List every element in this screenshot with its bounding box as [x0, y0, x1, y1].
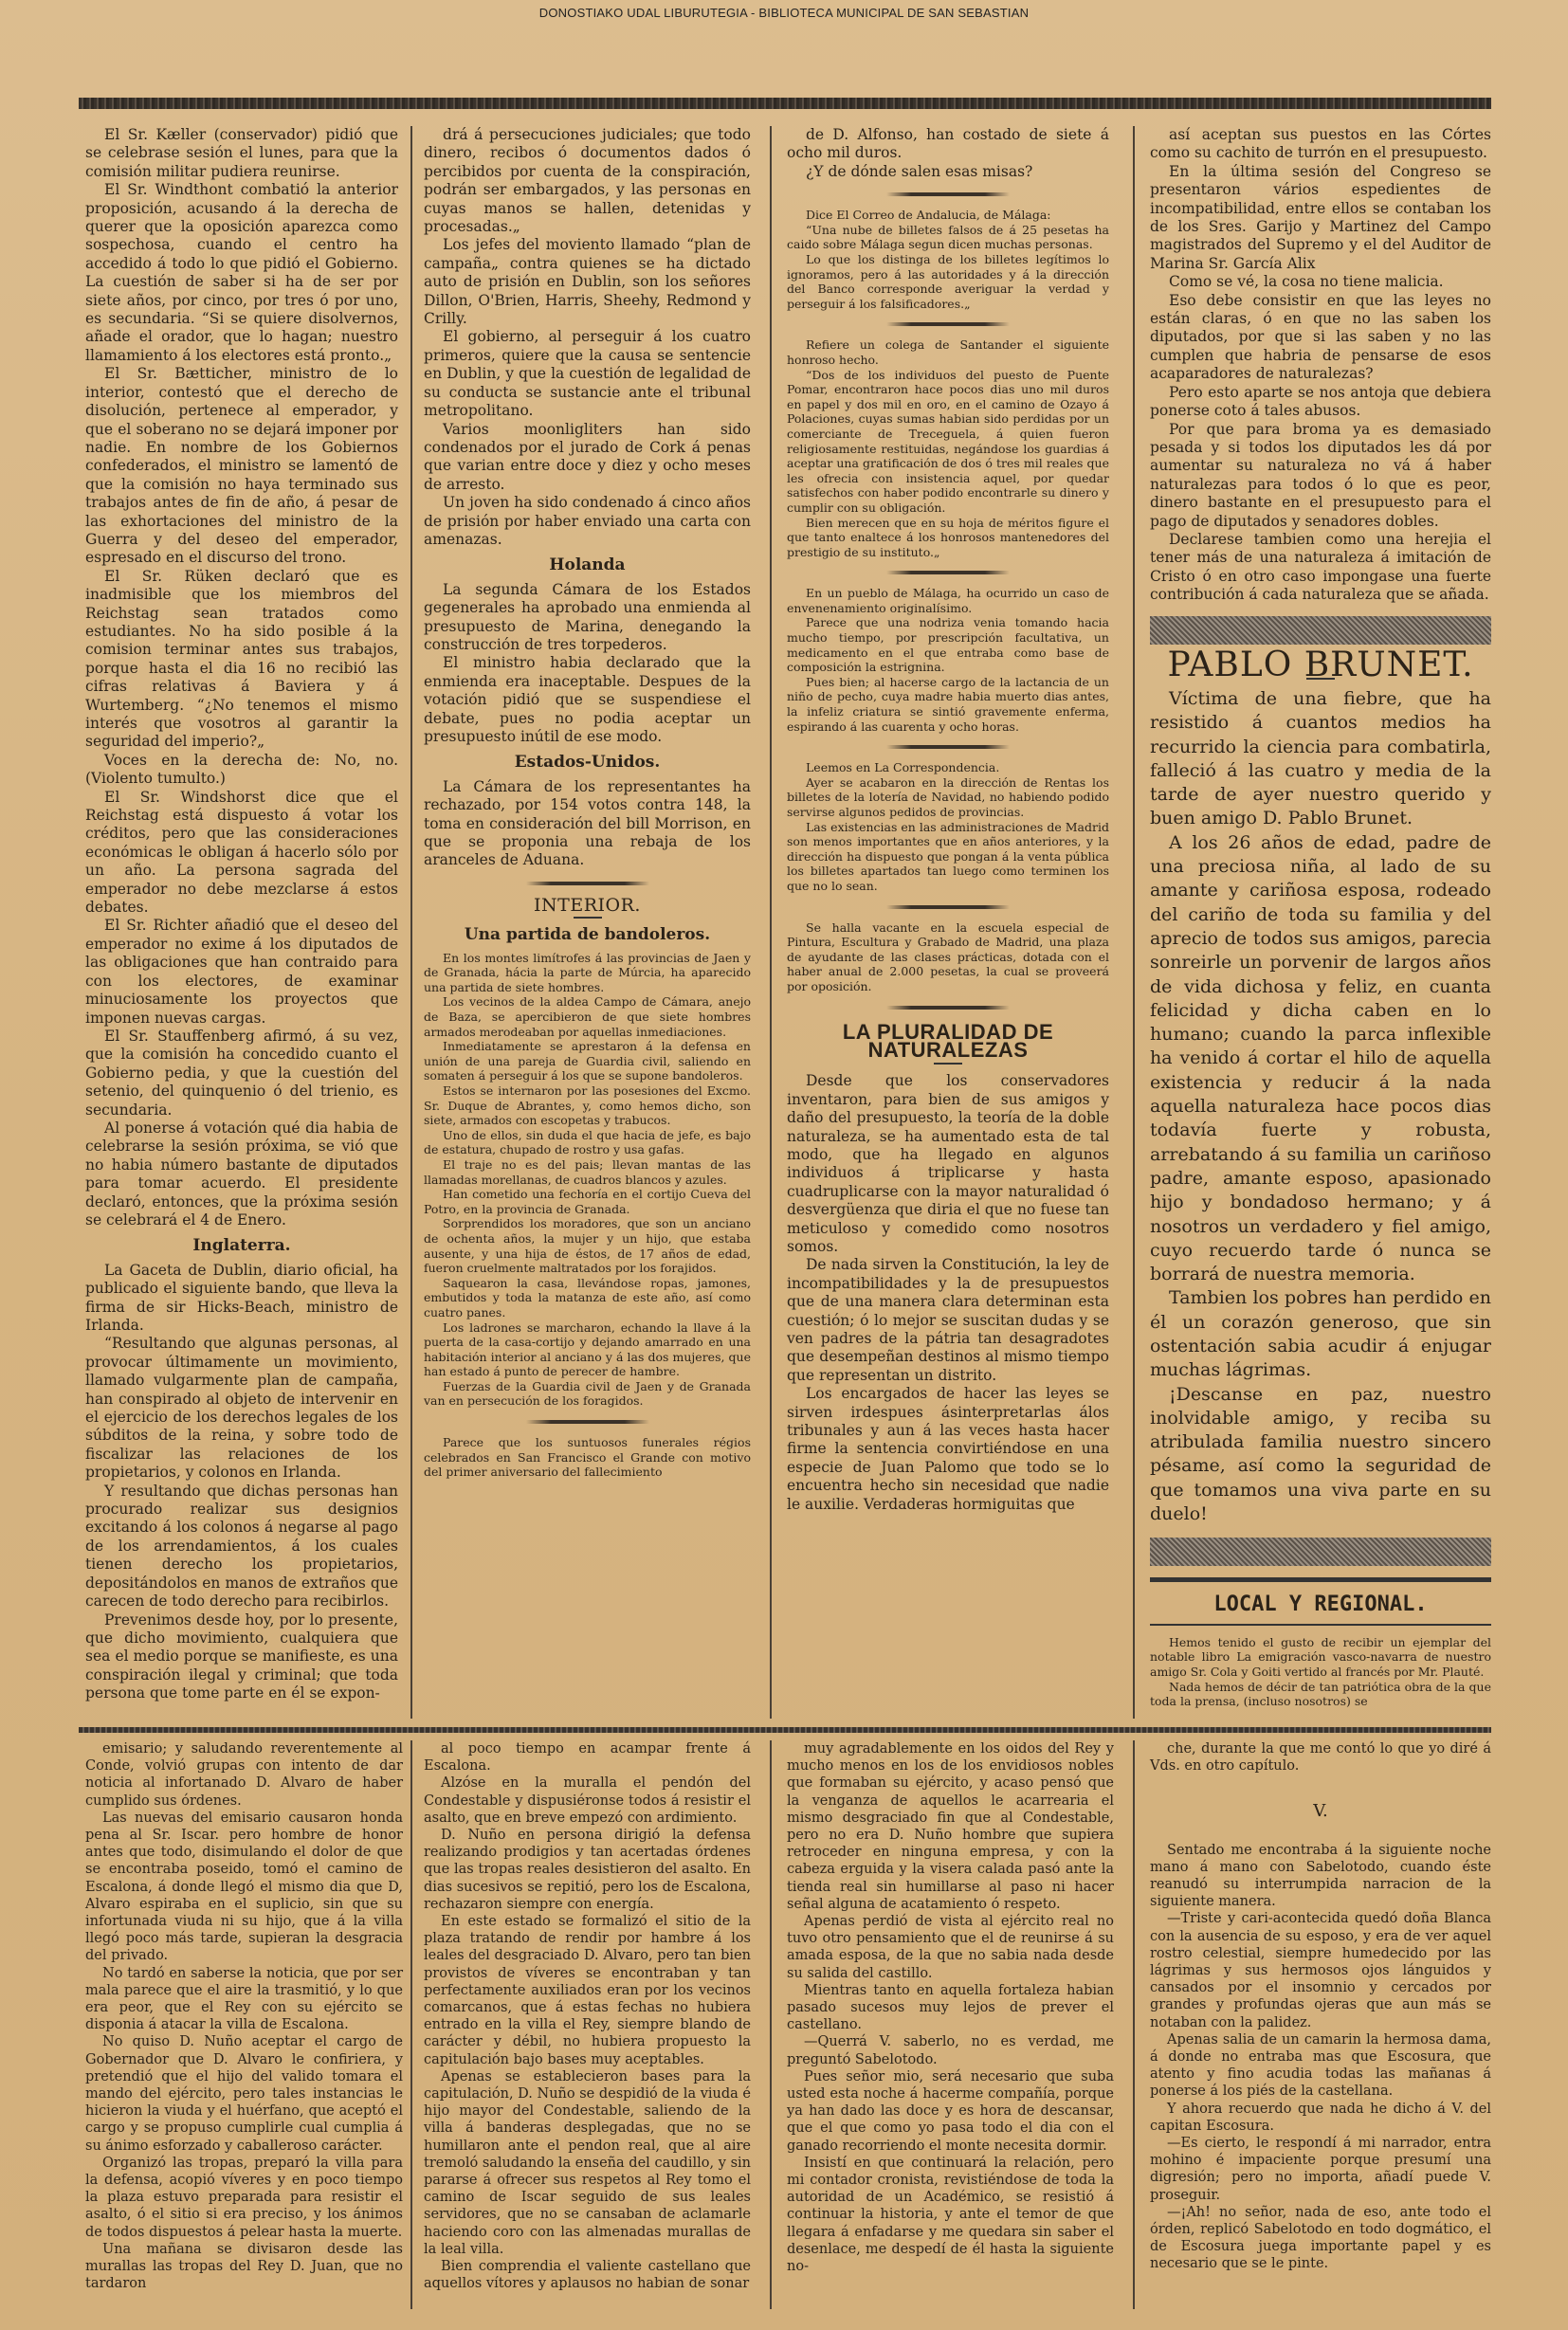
paragraph: Apenas se establecieron bases para la ca…	[424, 2068, 751, 2258]
paragraph: Parece que los suntuosos funerales régio…	[424, 1435, 751, 1480]
paragraph: Tambien los pobres han perdido en él un …	[1150, 1286, 1491, 1382]
paragraph: Y resultando que dichas personas han pro…	[85, 1483, 398, 1611]
paragraph: Los jefes del moviento llamado “plan de …	[424, 236, 751, 328]
paragraph: Leemos en La Correspondencia.	[787, 760, 1109, 775]
paragraph: Nada hemos de décir de tan patriótica ob…	[1150, 1680, 1491, 1709]
paragraph: La Gaceta de Dublin, diario oficial, ha …	[85, 1262, 398, 1336]
column-divider	[1133, 126, 1135, 1719]
paragraph: Insistí en que continuará la relación, p…	[787, 2155, 1114, 2275]
paragraph: —Triste y cari-acontecida quedó doña Bla…	[1150, 1910, 1491, 2030]
serial-column-2: al poco tiempo en acampar frente á Escal…	[424, 1740, 751, 2293]
column-divider	[1133, 1740, 1135, 2309]
ornament-divider	[886, 905, 1010, 909]
paragraph: Lo que los distinga de los billetes legí…	[787, 252, 1109, 311]
column-divider	[410, 1740, 412, 2309]
paragraph: D. Nuño en persona dirigió la defensa re…	[424, 1827, 751, 1913]
paragraph: Las nuevas del emisario causaron honda p…	[85, 1810, 403, 1965]
heading-inglaterra: Inglaterra.	[85, 1237, 398, 1255]
masthead-rule	[79, 98, 1491, 109]
paragraph: Pero esto aparte se nos antoja que debie…	[1150, 384, 1491, 421]
paragraph: Parece que una nodriza venia tomando hac…	[787, 615, 1109, 674]
newspaper-page: DONOSTIAKO UDAL LIBURUTEGIA - BIBLIOTECA…	[0, 0, 1568, 2330]
paragraph: Apenas perdió de vista al ejército real …	[787, 1913, 1114, 1982]
serial-column-4: che, durante la que me contó lo que yo d…	[1150, 1740, 1491, 2273]
column-divider	[770, 1740, 772, 2309]
paragraph: Alzóse en la muralla el pendón del Conde…	[424, 1775, 751, 1827]
paragraph: Uno de ellos, sin duda el que hacia de j…	[424, 1128, 751, 1157]
paragraph: Bien comprendia el valiente castellano q…	[424, 2258, 751, 2292]
short-rule	[574, 917, 602, 919]
paragraph: Al ponerse á votación qué dia habia de c…	[85, 1119, 398, 1229]
paragraph: Pues bien; al hacerse cargo de la lactan…	[787, 675, 1109, 734]
bandoleros-article: En los montes limítrofes á las provincia…	[424, 951, 751, 1480]
paragraph: “Dos de los individuos del puesto de Pue…	[787, 368, 1109, 516]
paragraph: El ministro habia declarado que la enmie…	[424, 654, 751, 746]
paragraph: drá á persecuciones judiciales; que todo…	[424, 126, 751, 236]
paragraph: La segunda Cámara de los Estados gegener…	[424, 581, 751, 655]
ornament-divider	[526, 882, 649, 885]
paragraph: Eso debe consistir en que las leyes no e…	[1150, 292, 1491, 384]
column-divider	[770, 126, 772, 1719]
paragraph: El Sr. Richter añadió que el deseo del e…	[85, 917, 398, 1027]
paragraph: No tardó en saberse la noticia, que por …	[85, 1965, 403, 2034]
paragraph: Varios moonligliters han sido condenados…	[424, 421, 751, 495]
local-news: Hemos tenido el gusto de recibir un ejem…	[1150, 1635, 1491, 1709]
paragraph: Voces en la derecha de: No, no. (Violent…	[85, 752, 398, 789]
paragraph: El Sr. Bætticher, ministro de lo interio…	[85, 365, 398, 567]
paragraph: ¿Y de dónde salen esas misas?	[787, 163, 1109, 181]
paragraph: En la última sesión del Congreso se pres…	[1150, 163, 1491, 273]
paragraph: “Resultando que algunas personas, al pro…	[85, 1335, 398, 1482]
paragraph: así aceptan sus puestos en las Córtes co…	[1150, 126, 1491, 163]
obituary-body: Víctima de una fiebre, que ha resistido …	[1150, 687, 1491, 1526]
small-news-block: Dice El Correo de Andalucia, de Málaga: …	[787, 208, 1109, 993]
paragraph: Declarese tambien como una herejia el te…	[1150, 531, 1491, 605]
heading-local-regional: LOCAL Y REGIONAL.	[1150, 1577, 1491, 1625]
ornament-divider	[886, 192, 1010, 196]
paragraph: El Sr. Kæller (conservador) pidió que se…	[85, 126, 398, 181]
decorative-band	[1150, 1538, 1491, 1566]
paragraph: El Sr. Windthont combatió la anterior pr…	[85, 181, 398, 365]
paragraph: El Sr. Rüken declaró que es inadmisible …	[85, 568, 398, 752]
paragraph: Han cometido una fechoría en el cortijo …	[424, 1187, 751, 1216]
paragraph: Fuerzas de la Guardia civil de Jaen y de…	[424, 1379, 751, 1409]
chapter-number: V.	[1150, 1803, 1491, 1820]
paragraph: Desde que los conservadores inventaron, …	[787, 1072, 1109, 1256]
paragraph: El Sr. Stauffenberg afirmó, á su vez, qu…	[85, 1028, 398, 1119]
paragraph: Estos se internaron por las posesiones d…	[424, 1083, 751, 1128]
paragraph: al poco tiempo en acampar frente á Escal…	[424, 1740, 751, 1775]
column-4: así aceptan sus puestos en las Córtes co…	[1150, 126, 1491, 1709]
heading-estados-unidos: Estados-Unidos.	[424, 754, 751, 772]
paragraph: Apenas salia de un camarin la hermosa da…	[1150, 2031, 1491, 2101]
paragraph: ¡Descanse en paz, nuestro inolvidable am…	[1150, 1383, 1491, 1527]
paragraph: De nada sirven la Constitución, la ley d…	[787, 1256, 1109, 1385]
heading-pablo-brunet: PABLO BRUNET.	[1150, 656, 1491, 674]
paragraph: Ayer se acabaron en la dirección de Rent…	[787, 775, 1109, 820]
paragraph: emisario; y saludando reverentemente al …	[85, 1740, 403, 1810]
paragraph: Los encargados de hacer las leyes se sir…	[787, 1385, 1109, 1514]
paragraph: Prevenimos desde hoy, por lo presente, q…	[85, 1611, 398, 1703]
ornament-divider	[886, 322, 1010, 326]
heading-pluralidad: LA PLURALIDAD DE NATURALEZAS	[787, 1023, 1109, 1060]
paragraph: Como se vé, la cosa no tiene malicia.	[1150, 273, 1491, 291]
paragraph: Una mañana se divisaron desde las murall…	[85, 2241, 403, 2293]
paragraph: Pues señor mio, será necesario que suba …	[787, 2068, 1114, 2155]
paragraph: En un pueblo de Málaga, ha ocurrido un c…	[787, 586, 1109, 615]
paragraph: Mientras tanto en aquella fortaleza habi…	[787, 1982, 1114, 2034]
paragraph: Las existencias en las administraciones …	[787, 820, 1109, 894]
paragraph: —¡Ah! no señor, nada de eso, ante todo e…	[1150, 2204, 1491, 2273]
serial-column-3: muy agradablemente en los oidos del Rey …	[787, 1740, 1114, 2275]
paragraph: La Cámara de los representantes ha recha…	[424, 778, 751, 870]
paragraph: muy agradablemente en los oidos del Rey …	[787, 1740, 1114, 1913]
paragraph: Sentado me encontraba á la siguiente noc…	[1150, 1842, 1491, 1911]
heading-interior: INTERIOR.	[424, 897, 751, 915]
ornament-divider	[886, 745, 1010, 749]
decorative-band	[1150, 616, 1491, 645]
paragraph: No quiso D. Nuño aceptar el cargo de Gob…	[85, 2033, 403, 2154]
paragraph: Bien merecen que en su hoja de méritos f…	[787, 516, 1109, 560]
paragraph: Sorprendidos los moradores, que son un a…	[424, 1216, 751, 1275]
paragraph: En los montes limítrofes á las provincia…	[424, 951, 751, 995]
paragraph: che, durante la que me contó lo que yo d…	[1150, 1740, 1491, 1775]
paragraph: Un joven ha sido condenado á cinco años …	[424, 494, 751, 549]
paragraph: Saquearon la casa, llevándose ropas, jam…	[424, 1276, 751, 1320]
paragraph: —Querrá V. saberlo, no es verdad, me pre…	[787, 2033, 1114, 2067]
paragraph: El traje no es del pais; llevan mantas d…	[424, 1157, 751, 1187]
paragraph: —Es cierto, le respondí á mi narrador, e…	[1150, 2135, 1491, 2204]
paragraph: Y ahora recuerdo que nada he dicho á V. …	[1150, 2101, 1491, 2135]
paragraph: Los vecinos de la aldea Campo de Cámara,…	[424, 994, 751, 1039]
paragraph: Inmediatamente se aprestaron á la defens…	[424, 1039, 751, 1083]
column-1: El Sr. Kæller (conservador) pidió que se…	[85, 126, 398, 1703]
paragraph: Hemos tenido el gusto de recibir un ejem…	[1150, 1635, 1491, 1680]
heading-holanda: Holanda	[424, 556, 751, 574]
paragraph: A los 26 años de edad, padre de una prec…	[1150, 831, 1491, 1287]
paragraph: Se halla vacante en la escuela especial …	[787, 920, 1109, 994]
paragraph: de D. Alfonso, han costado de siete á oc…	[787, 126, 1109, 163]
paragraph: Refiere un colega de Santander el siguie…	[787, 337, 1109, 367]
paragraph: Víctima de una fiebre, que ha resistido …	[1150, 687, 1491, 831]
ornament-divider	[886, 571, 1010, 574]
heading-bandoleros: Una partida de bandoleros.	[424, 926, 751, 944]
column-3: de D. Alfonso, han costado de siete á oc…	[787, 126, 1109, 1514]
paragraph: Los ladrones se marcharon, echando la ll…	[424, 1320, 751, 1379]
ornament-divider	[526, 1420, 649, 1424]
paragraph: Por que para broma ya es demasiado pesad…	[1150, 421, 1491, 531]
paragraph: En este estado se formalizó el sitio de …	[424, 1913, 751, 2068]
paragraph: Organizó las tropas, preparó la villa pa…	[85, 2155, 403, 2241]
paragraph: El Sr. Windshorst dice que el Reichstag …	[85, 789, 398, 918]
paragraph: Dice El Correo de Andalucia, de Málaga:	[787, 208, 1109, 223]
serial-column-1: emisario; y saludando reverentemente al …	[85, 1740, 403, 2293]
column-divider	[410, 126, 412, 1719]
short-rule	[934, 1063, 962, 1065]
feuilleton-rule	[79, 1727, 1491, 1733]
library-header: DONOSTIAKO UDAL LIBURUTEGIA - BIBLIOTECA…	[0, 6, 1568, 20]
paragraph: El gobierno, al perseguir á los cuatro p…	[424, 328, 751, 420]
paragraph: “Una nube de billetes falsos de á 25 pes…	[787, 223, 1109, 252]
ornament-divider	[886, 1006, 1010, 1010]
column-2: drá á persecuciones judiciales; que todo…	[424, 126, 751, 1480]
